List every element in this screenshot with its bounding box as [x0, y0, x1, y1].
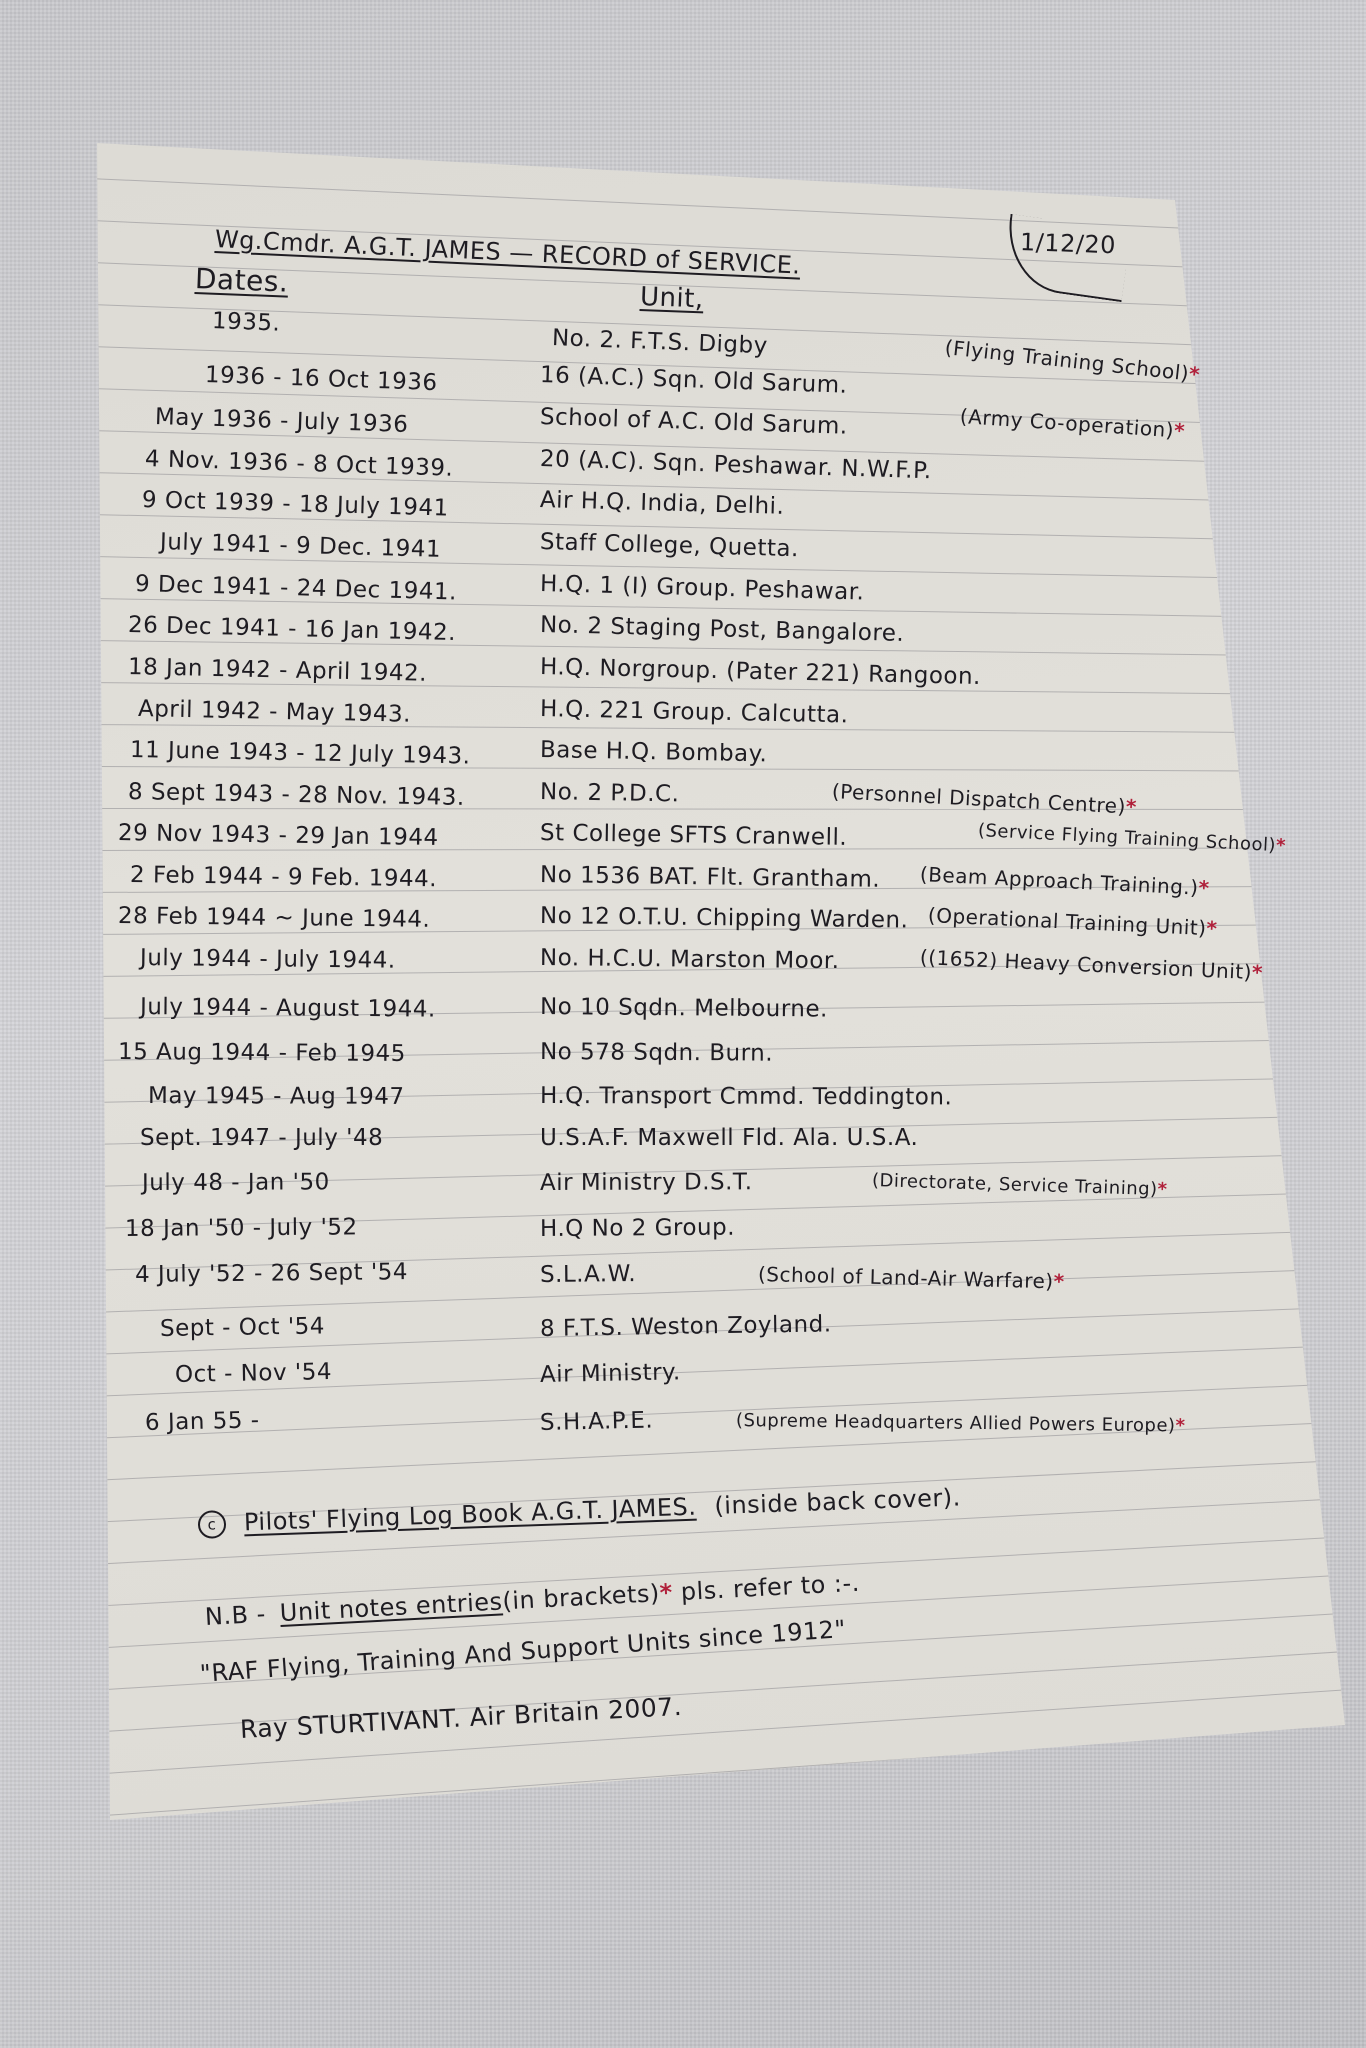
- nb-underlined: Unit notes entries: [279, 1587, 503, 1627]
- source-text: Pilots' Flying Log Book A.G.T. JAMES.: [243, 1493, 696, 1537]
- row-unit: 20 (A.C). Sqn. Peshawar. N.W.F.P.: [540, 446, 932, 484]
- row-dates: May 1945 - Aug 1947: [148, 1083, 405, 1110]
- red-asterisk: *: [1206, 916, 1218, 940]
- row-unit: H.Q No 2 Group.: [540, 1215, 735, 1242]
- row-unit: No. 2. F.T.S. Digby: [552, 325, 769, 359]
- row-unit: H.Q. 221 Group. Calcutta.: [540, 696, 849, 728]
- row-dates: 28 Feb 1944 ~ June 1944.: [118, 903, 431, 933]
- row-dates: 4 Nov. 1936 - 8 Oct 1939.: [145, 446, 454, 482]
- row-unit-note: (Service Flying Training School)*: [977, 820, 1286, 857]
- row-dates: 1936 - 16 Oct 1936: [205, 362, 438, 396]
- row-unit: Air Ministry D.S.T.: [540, 1169, 753, 1196]
- row-dates: July 1944 - August 1944.: [140, 994, 436, 1023]
- row-dates: Sept - Oct '54: [160, 1313, 325, 1342]
- unit-column-header: Unit,: [639, 282, 704, 314]
- row-unit-note: (Directorate, Service Training)*: [872, 1170, 1168, 1200]
- row-unit-note: (Flying Training School)*: [944, 335, 1202, 387]
- row-unit: H.Q. Norgroup. (Pater 221) Rangoon.: [540, 654, 981, 690]
- red-asterisk: *: [1157, 1179, 1168, 1200]
- row-unit: Staff College, Quetta.: [540, 529, 800, 562]
- row-dates: 15 Aug 1944 - Feb 1945: [118, 1039, 406, 1067]
- row-unit: Air Ministry.: [540, 1359, 681, 1388]
- row-unit: No. 2 Staging Post, Bangalore.: [540, 612, 905, 647]
- row-dates: 18 Jan 1942 - April 1942.: [128, 654, 428, 687]
- red-asterisk: *: [1173, 418, 1186, 443]
- row-unit-note: (Supreme Headquarters Allied Powers Euro…: [736, 1410, 1186, 1436]
- copyright-symbol: c: [198, 1510, 227, 1539]
- handwritten-record: Wg.Cmdr. A.G.T. JAMES — RECORD of SERVIC…: [0, 0, 1366, 2048]
- row-unit: No 1536 BAT. Flt. Grantham.: [540, 862, 881, 893]
- row-dates: July 1944 - July 1944.: [140, 945, 396, 974]
- row-unit: No. 2 P.D.C.: [540, 779, 680, 807]
- nb-bracket: (in brackets): [502, 1579, 661, 1615]
- red-asterisk: *: [1198, 876, 1210, 901]
- row-unit: S.H.A.P.E.: [540, 1407, 654, 1436]
- row-dates: May 1936 - July 1936: [155, 404, 409, 438]
- row-dates: April 1942 - May 1943.: [138, 696, 412, 728]
- row-dates: July 1941 - 9 Dec. 1941: [160, 529, 442, 563]
- row-dates: 8 Sept 1943 - 28 Nov. 1943.: [128, 779, 465, 811]
- row-unit: Base H.Q. Bombay.: [540, 737, 768, 767]
- row-dates: July 48 - Jan '50: [142, 1169, 330, 1196]
- row-unit: No 12 O.T.U. Chipping Warden.: [540, 903, 909, 933]
- reference-author: Ray STURTIVANT. Air Britain 2007.: [239, 1692, 683, 1744]
- row-dates: Sept. 1947 - July '48: [140, 1125, 383, 1151]
- row-unit: 16 (A.C.) Sqn. Old Sarum.: [540, 362, 848, 399]
- row-dates: 9 Oct 1939 - 18 July 1941: [142, 487, 449, 522]
- row-dates: 18 Jan '50 - July '52: [125, 1214, 358, 1242]
- source-suffix: (inside back cover).: [714, 1483, 961, 1520]
- record-title: Wg.Cmdr. A.G.T. JAMES — RECORD of SERVIC…: [214, 225, 801, 280]
- row-unit: H.Q. Transport Cmmd. Teddington.: [540, 1083, 952, 1110]
- row-dates: Oct - Nov '54: [175, 1359, 332, 1388]
- row-unit-note: (Beam Approach Training.)*: [919, 862, 1210, 900]
- row-dates: 29 Nov 1943 - 29 Jan 1944: [118, 820, 439, 851]
- row-dates: 2 Feb 1944 - 9 Feb. 1944.: [130, 862, 437, 892]
- red-asterisk: *: [659, 1579, 674, 1608]
- row-unit: St College SFTS Cranwell.: [540, 820, 848, 851]
- row-unit: No 10 Sqdn. Melbourne.: [540, 994, 828, 1023]
- row-unit-note: (Personnel Dispatch Centre)*: [831, 779, 1137, 819]
- source-reference: cPilots' Flying Log Book A.G.T. JAMES. (…: [197, 1483, 961, 1539]
- row-unit-note: (Army Co-operation)*: [959, 404, 1186, 443]
- row-dates: 26 Dec 1941 - 16 Jan 1942.: [128, 612, 457, 646]
- dates-column-header: Dates.: [194, 262, 289, 299]
- row-unit: H.Q. 1 (I) Group. Peshawar.: [540, 571, 865, 605]
- red-asterisk: *: [1175, 1415, 1185, 1436]
- row-dates: 9 Dec 1941 - 24 Dec 1941.: [135, 571, 458, 605]
- row-dates: 1935.: [212, 308, 281, 337]
- row-unit-note: ((1652) Heavy Conversion Unit)*: [919, 945, 1263, 985]
- row-unit: U.S.A.F. Maxwell Fld. Ala. U.S.A.: [540, 1125, 918, 1151]
- date-stamp-bracket: [1001, 214, 1132, 302]
- red-asterisk: *: [1053, 1269, 1065, 1293]
- nb-prefix: N.B -: [204, 1600, 266, 1631]
- row-dates: 6 Jan 55 -: [145, 1407, 260, 1436]
- red-asterisk: *: [1275, 835, 1286, 856]
- row-unit: Air H.Q. India, Delhi.: [540, 487, 785, 520]
- red-asterisk: *: [1125, 794, 1137, 819]
- row-unit-note: (School of Land-Air Warfare)*: [758, 1262, 1065, 1293]
- red-asterisk: *: [1251, 960, 1263, 984]
- row-unit: No. H.C.U. Marston Moor.: [540, 945, 840, 974]
- row-dates: 4 July '52 - 26 Sept '54: [135, 1259, 408, 1288]
- row-unit: S.L.A.W.: [540, 1261, 636, 1288]
- row-dates: 11 June 1943 - 12 July 1943.: [130, 737, 471, 770]
- row-unit-note: (Operational Training Unit)*: [927, 903, 1218, 941]
- row-unit: No 578 Sqdn. Burn.: [540, 1039, 773, 1067]
- row-unit: 8 F.T.S. Weston Zoyland.: [540, 1311, 832, 1342]
- red-asterisk: *: [1188, 362, 1201, 387]
- nb-rest: pls. refer to :-.: [680, 1569, 860, 1606]
- row-unit: School of A.C. Old Sarum.: [540, 404, 848, 440]
